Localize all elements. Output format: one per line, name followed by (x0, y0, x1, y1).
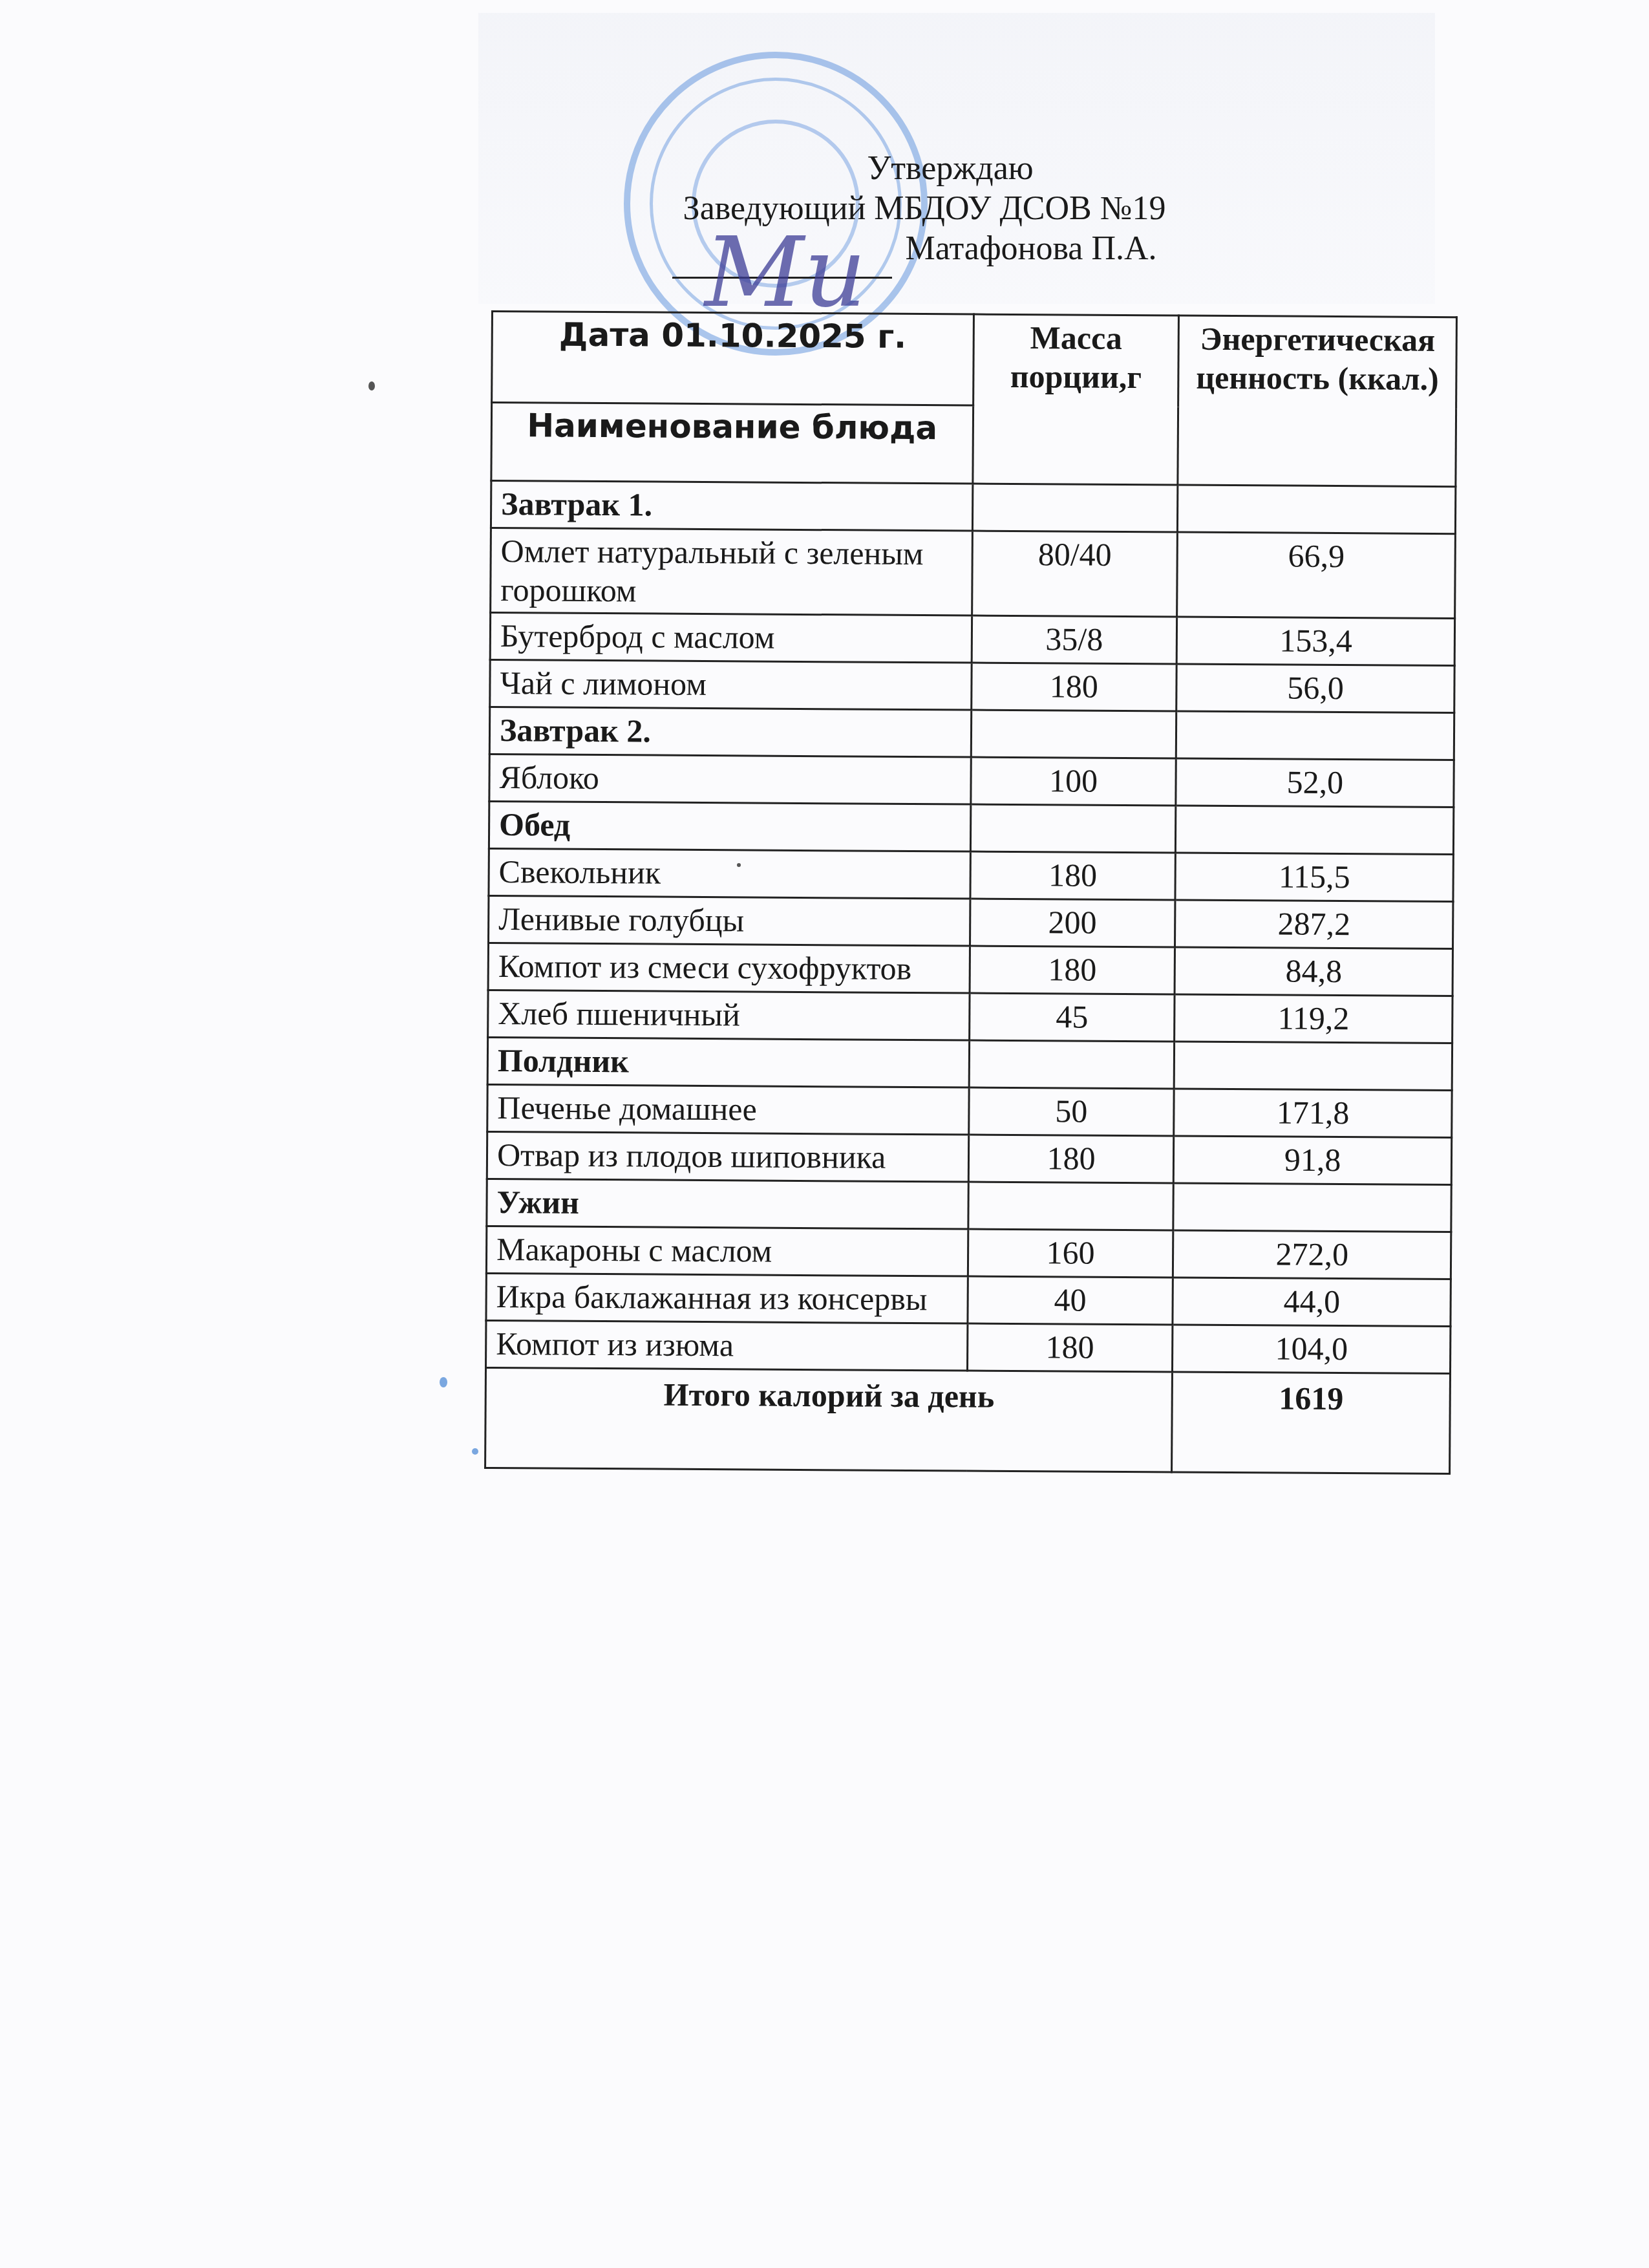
empty-cell (1178, 485, 1456, 534)
dish-mass: 160 (968, 1229, 1173, 1278)
dish-mass: 100 (970, 757, 1176, 806)
dish-mass: 180 (967, 1323, 1173, 1372)
dish-kcal: 66,9 (1177, 532, 1455, 619)
dish-name: Свекольник (489, 848, 970, 899)
dish-kcal: 44,0 (1173, 1278, 1451, 1327)
dish-name: Печенье домашнее (487, 1084, 969, 1135)
dish-row: Икра баклажанная из консервы4044,0 (486, 1273, 1451, 1326)
dish-row: Отвар из плодов шиповника18091,8 (487, 1131, 1451, 1184)
total-value: 1619 (1172, 1372, 1451, 1474)
dish-mass: 200 (970, 899, 1175, 947)
empty-cell (969, 1040, 1175, 1089)
dish-mass: 40 (968, 1276, 1173, 1325)
dish-row: Омлет натуральный с зеленым горошком80/4… (491, 528, 1456, 619)
section-title: Обед (489, 801, 970, 851)
dish-row: Печенье домашнее50171,8 (487, 1084, 1452, 1137)
dish-kcal: 171,8 (1174, 1089, 1452, 1138)
kcal-column-header: Энергетическая ценность (ккал.) (1178, 316, 1456, 487)
dish-row: Макароны с маслом160272,0 (486, 1226, 1451, 1279)
section-title: Завтрак 1. (491, 481, 972, 531)
dish-kcal: 119,2 (1175, 994, 1452, 1043)
empty-cell (1176, 711, 1454, 760)
section-title: Полдник (487, 1037, 969, 1087)
name-column-header: Наименование блюда (491, 403, 973, 484)
empty-cell (970, 804, 1176, 853)
scan-speck (737, 863, 741, 867)
section-title: Ужин (487, 1179, 968, 1229)
dish-kcal: 84,8 (1175, 947, 1452, 996)
scan-speck (440, 1377, 447, 1387)
menu-table: Дата 01.10.2025 г. Масса порции,г Энерге… (484, 310, 1458, 1475)
dish-kcal: 287,2 (1175, 900, 1453, 949)
dish-mass: 45 (969, 993, 1175, 1042)
section-row: Ужин (487, 1179, 1451, 1232)
scan-speck (472, 1448, 478, 1455)
dish-kcal: 91,8 (1174, 1136, 1452, 1185)
dish-kcal: 52,0 (1176, 758, 1454, 808)
dish-kcal: 104,0 (1173, 1325, 1451, 1374)
dish-name: Чай с лимоном (490, 659, 972, 710)
date-cell: Дата 01.10.2025 г. (492, 312, 973, 406)
dish-row: Яблоко10052,0 (489, 754, 1454, 807)
dish-name: Компот из изюма (486, 1320, 968, 1371)
section-row: Обед (489, 801, 1453, 854)
dish-name: Яблоко (489, 754, 971, 804)
dish-name: Бутерброд с маслом (490, 613, 972, 663)
empty-cell (972, 484, 1178, 532)
dish-row: Компот из изюма180104,0 (486, 1320, 1451, 1373)
dish-row: Ленивые голубцы200287,2 (489, 895, 1453, 948)
empty-cell (971, 710, 1176, 758)
dish-mass: 180 (971, 663, 1176, 711)
empty-cell (1175, 1042, 1452, 1091)
header-row: Дата 01.10.2025 г. Масса порции,г Энерге… (492, 312, 1457, 409)
dish-kcal: 115,5 (1175, 853, 1453, 902)
dish-name: Отвар из плодов шиповника (487, 1131, 968, 1182)
dish-row: Хлеб пшеничный45119,2 (488, 990, 1452, 1043)
dish-name: Икра баклажанная из консервы (486, 1273, 968, 1323)
dish-name: Макароны с маслом (486, 1226, 968, 1276)
approval-title: Утверждаю (633, 149, 1215, 189)
dish-row: Компот из смеси сухофруктов18084,8 (488, 943, 1452, 996)
dish-mass: 180 (968, 1135, 1174, 1183)
dish-kcal: 56,0 (1176, 664, 1454, 713)
section-row: Полдник (487, 1037, 1452, 1090)
dish-kcal: 272,0 (1173, 1230, 1451, 1279)
mass-column-header: Масса порции,г (973, 314, 1179, 485)
dish-name: Компот из смеси сухофруктов (488, 943, 970, 993)
scan-speck (368, 381, 375, 390)
total-row: Итого калорий за день1619 (485, 1367, 1451, 1473)
section-title: Завтрак 2. (489, 707, 971, 757)
dish-mass: 35/8 (972, 615, 1177, 664)
dish-row: Свекольник180115,5 (489, 848, 1453, 901)
dish-mass: 180 (970, 946, 1175, 994)
total-label: Итого калорий за день (485, 1367, 1173, 1471)
dish-kcal: 153,4 (1177, 617, 1455, 666)
dish-mass: 180 (970, 851, 1176, 900)
dish-row: Бутерброд с маслом35/8153,4 (490, 613, 1454, 666)
dish-row: Чай с лимоном18056,0 (490, 659, 1454, 712)
dish-name: Хлеб пшеничный (488, 990, 970, 1040)
empty-cell (1176, 806, 1454, 855)
dish-mass: 50 (968, 1087, 1174, 1136)
section-row: Завтрак 1. (491, 481, 1455, 534)
dish-name: Омлет натуральный с зеленым горошком (491, 528, 972, 616)
empty-cell (968, 1182, 1173, 1230)
section-row: Завтрак 2. (489, 707, 1454, 760)
empty-cell (1173, 1183, 1451, 1232)
dish-name: Ленивые голубцы (489, 895, 970, 946)
dish-mass: 80/40 (972, 531, 1178, 617)
